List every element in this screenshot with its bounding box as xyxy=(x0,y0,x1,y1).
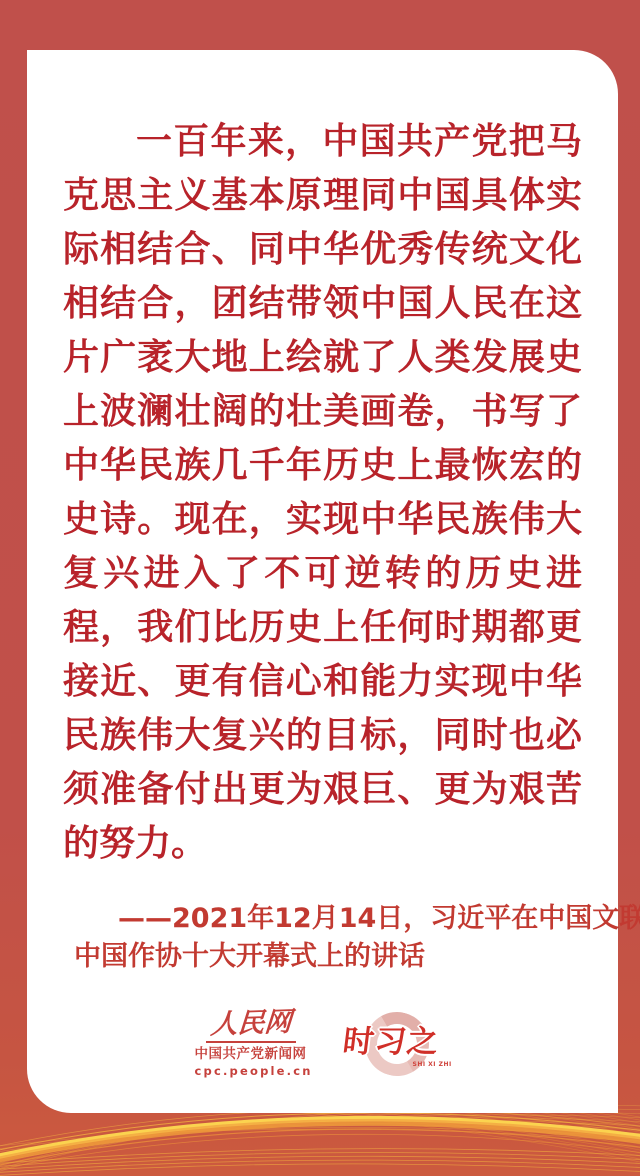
quote-line: 际相结合、同中华优秀传统文化 xyxy=(63,222,582,276)
people-logo-sitename: 中国共产党新闻网 xyxy=(195,1046,307,1062)
shixizhi-title: 时习之 xyxy=(340,1025,456,1059)
quote-line: 复兴进入了不可逆转的历史进 xyxy=(63,546,582,600)
quote-line: 上波澜壮阔的壮美画卷，书写了 xyxy=(63,384,582,438)
quote-line: 的努力。 xyxy=(63,816,582,870)
quote-line: 克思主义基本原理同中国具体实 xyxy=(63,168,582,222)
quote-card: 一百年来，中国共产党把马 克思主义基本原理同中国具体实 际相结合、同中华优秀传统… xyxy=(27,50,618,1113)
people-logo-script: 人民网 xyxy=(193,1006,307,1042)
attribution-line-2: 中国作协十大开幕式上的讲话 xyxy=(74,938,579,976)
footer-logos: 人民网 中国共产党新闻网 cpc.people.cn 时习之 SHI XI ZH… xyxy=(63,1008,582,1080)
quote-line: 一百年来，中国共产党把马 xyxy=(63,114,582,168)
poster: { "page": { "background_color": "#c0504b… xyxy=(0,0,640,1176)
quote-line: 须准备付出更为艰巨、更为艰苦 xyxy=(63,762,582,816)
attribution: ——2021年12月14日，习近平在中国文联十一大、 中国作协十大开幕式上的讲话 xyxy=(74,900,579,976)
quote-line: 片广袤大地上绘就了人类发展史 xyxy=(63,330,582,384)
quote-line: 民族伟大复兴的目标，同时也必 xyxy=(63,708,582,762)
people-daily-logo: 人民网 中国共产党新闻网 cpc.people.cn xyxy=(195,1008,307,1078)
quote-line: 史诗。现在，实现中华民族伟大 xyxy=(63,492,582,546)
attribution-line-1: ——2021年12月14日，习近平在中国文联十一大、 xyxy=(74,900,579,938)
shixizhi-logo: 时习之 SHI XI ZHI xyxy=(347,1008,451,1080)
quote-line: 接近、更有信心和能力实现中华 xyxy=(63,654,582,708)
quote-line: 程，我们比历史上任何时期都更 xyxy=(63,600,582,654)
quote-text: 一百年来，中国共产党把马 克思主义基本原理同中国具体实 际相结合、同中华优秀传统… xyxy=(63,114,582,870)
people-logo-domain: cpc.people.cn xyxy=(195,1064,307,1078)
shixizhi-subtitle: SHI XI ZHI xyxy=(413,1061,452,1068)
quote-line: 中华民族几千年历史上最恢宏的 xyxy=(63,438,582,492)
quote-line: 相结合，团结带领中国人民在这 xyxy=(63,276,582,330)
people-logo-underline xyxy=(206,1041,296,1043)
